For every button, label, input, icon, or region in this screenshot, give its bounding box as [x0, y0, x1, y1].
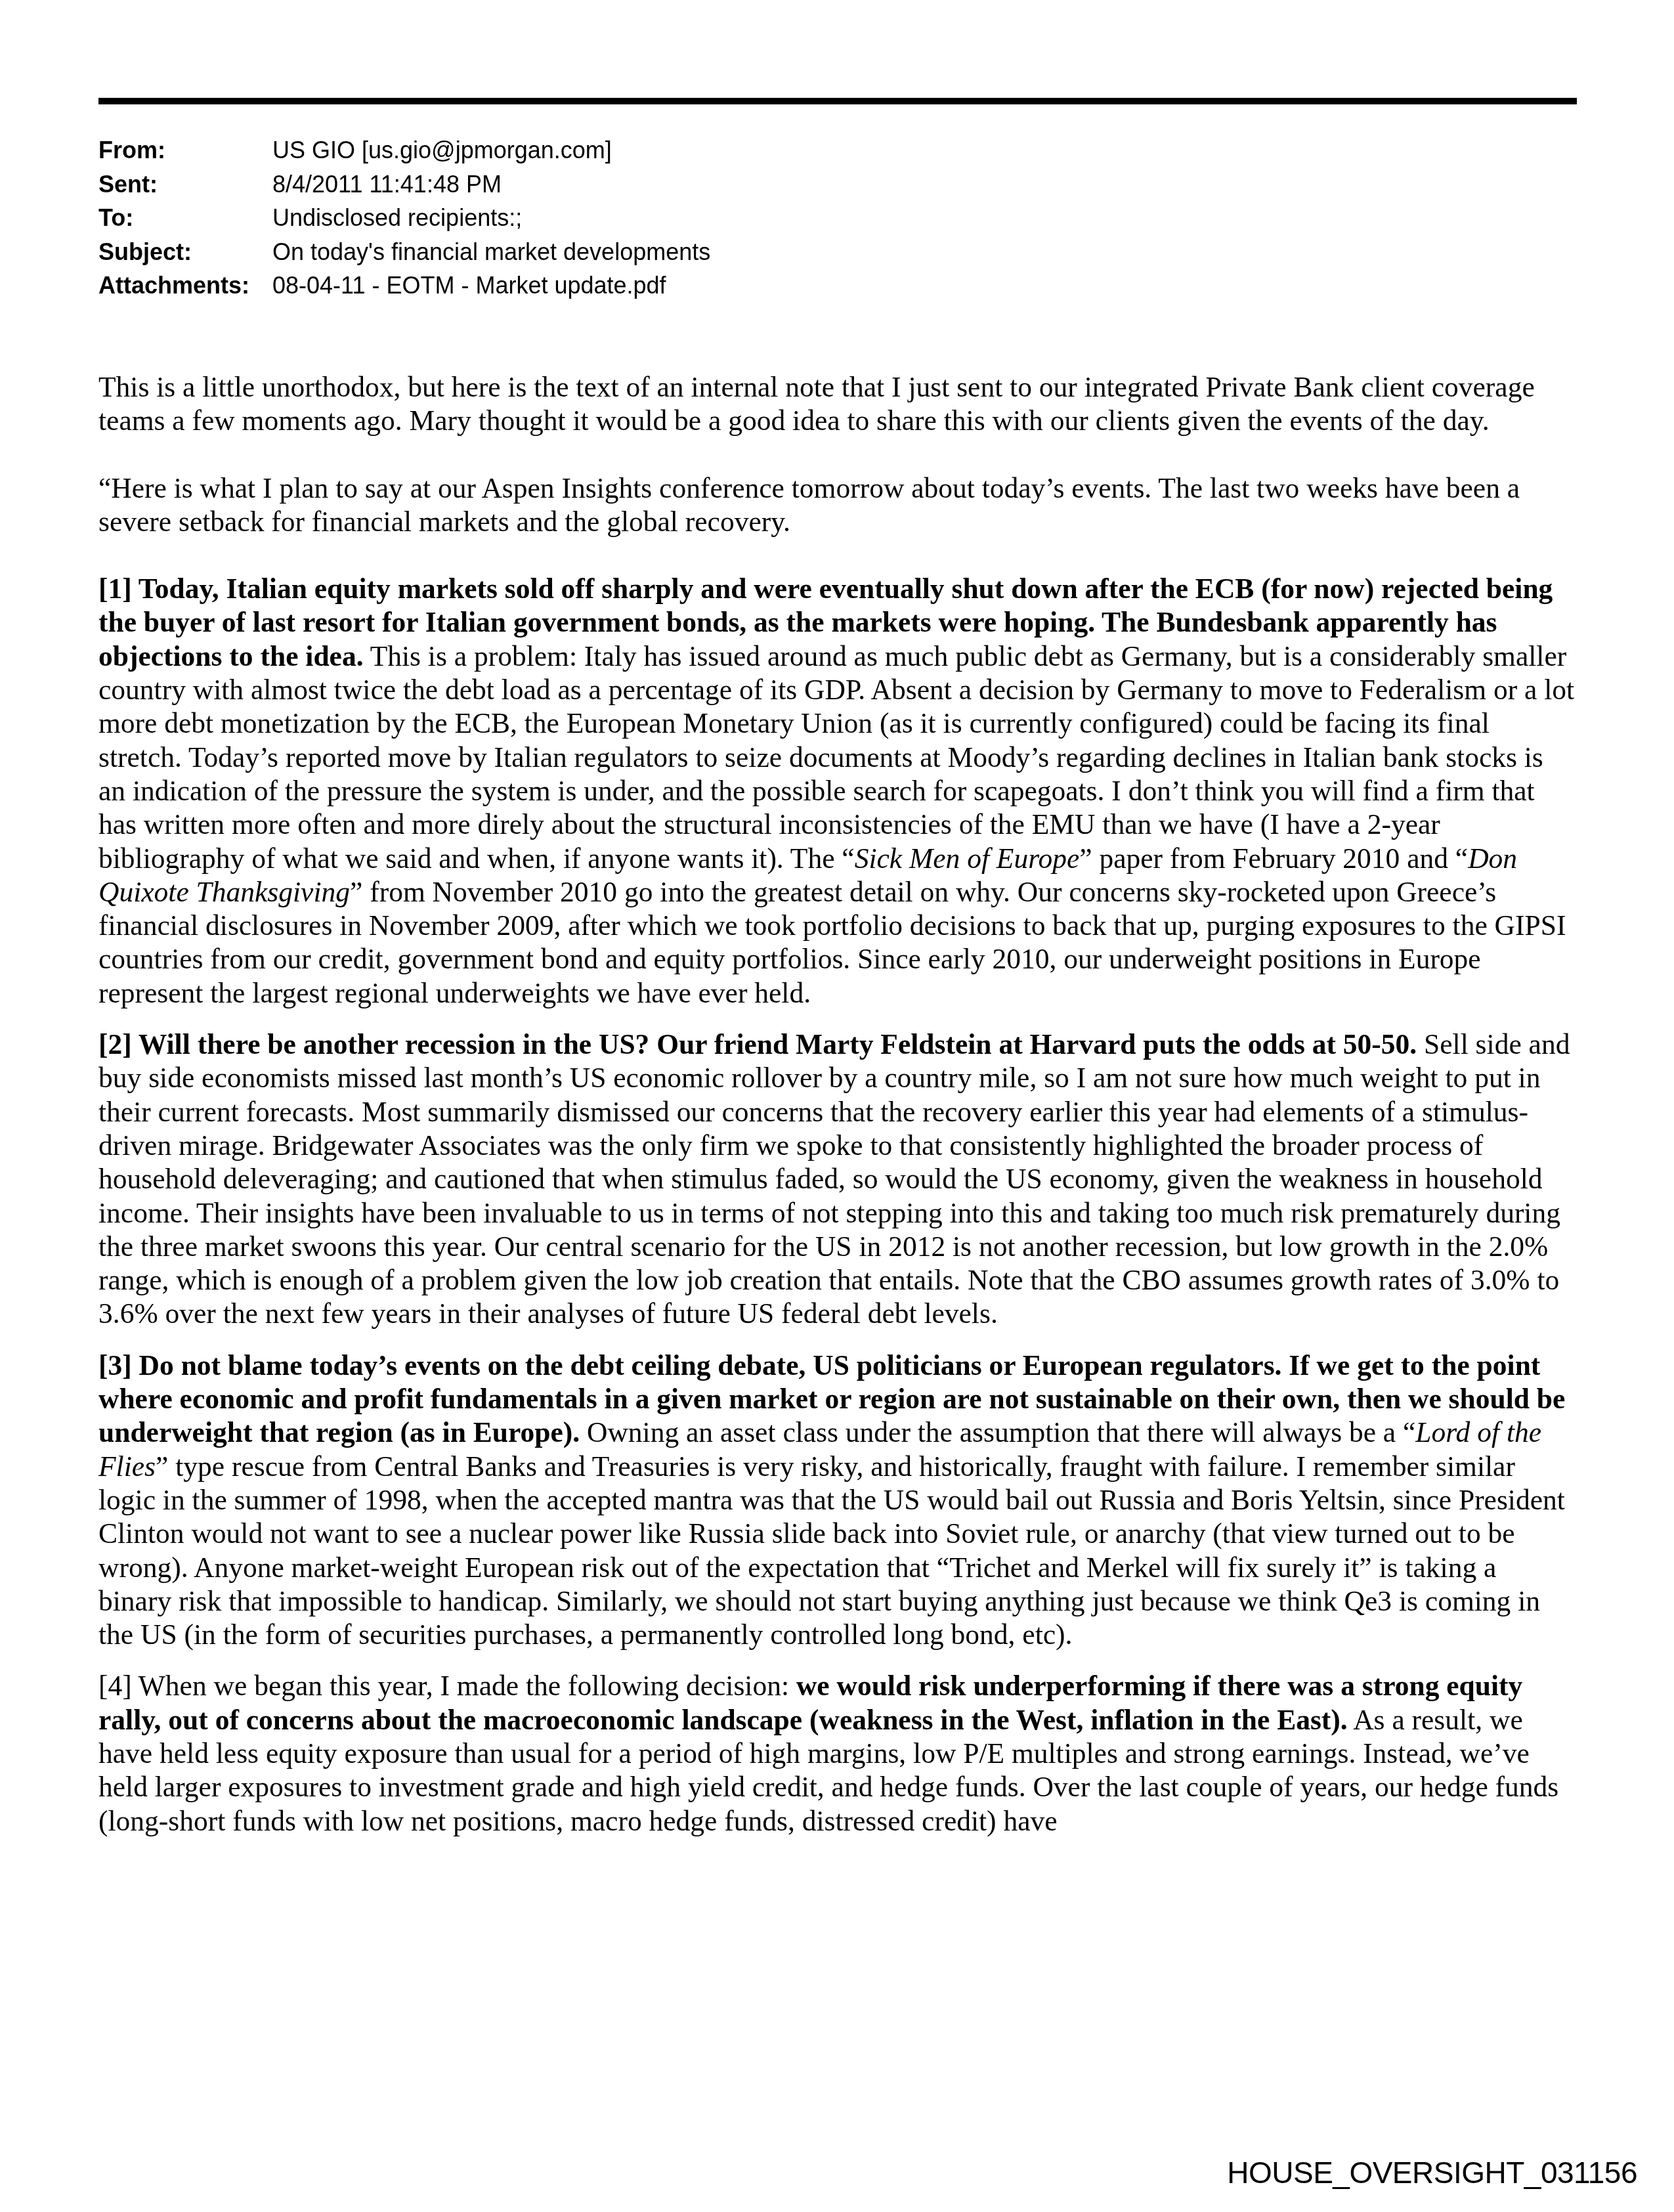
attachments-label: Attachments:	[98, 269, 272, 303]
email-header: From: US GIO [us.gio@jpmorgan.com] Sent:…	[98, 133, 710, 303]
point-1-title-sick-men: Sick Men of Europe	[855, 843, 1080, 875]
bates-number: HOUSE_OVERSIGHT_031156	[1227, 2155, 1637, 2190]
subject-label: Subject:	[98, 235, 272, 269]
quote-open-paragraph: “Here is what I plan to say at our Aspen…	[98, 472, 1576, 540]
point-1-paragraph: [1] Today, Italian equity markets sold o…	[98, 573, 1576, 1010]
point-1-text-b: ” paper from February 2010 and “	[1079, 843, 1468, 875]
point-2-bold: [2] Will there be another recession in t…	[98, 1029, 1417, 1060]
to-value: Undisclosed recipients:;	[272, 201, 522, 235]
intro-paragraph: This is a little unorthodox, but here is…	[98, 371, 1576, 439]
point-2-paragraph: [2] Will there be another recession in t…	[98, 1028, 1576, 1332]
point-1-text: This is a problem: Italy has issued arou…	[98, 641, 1574, 875]
to-label: To:	[98, 201, 272, 235]
email-body: This is a little unorthodox, but here is…	[98, 371, 1576, 1856]
sent-value: 8/4/2011 11:41:48 PM	[272, 167, 502, 202]
sent-row: Sent: 8/4/2011 11:41:48 PM	[98, 167, 710, 202]
attachments-row: Attachments: 08-04-11 - EOTM - Market up…	[98, 269, 710, 303]
to-row: To: Undisclosed recipients:;	[98, 201, 710, 235]
from-value: US GIO [us.gio@jpmorgan.com]	[272, 133, 612, 167]
header-divider-rule	[98, 98, 1577, 104]
attachment-file: 08-04-11 - EOTM - Market update.pdf	[272, 269, 666, 303]
from-label: From:	[98, 133, 272, 167]
subject-row: Subject: On today's financial market dev…	[98, 235, 710, 269]
point-3-text: Owning an asset class under the assumpti…	[580, 1417, 1415, 1448]
point-4-text: [4] When we began this year, I made the …	[98, 1670, 796, 1702]
subject-value: On today's financial market developments	[272, 235, 710, 269]
point-3-text-b: ” type rescue from Central Banks and Tre…	[98, 1451, 1565, 1651]
sent-label: Sent:	[98, 167, 272, 202]
from-row: From: US GIO [us.gio@jpmorgan.com]	[98, 133, 710, 167]
point-4-paragraph: [4] When we began this year, I made the …	[98, 1670, 1576, 1838]
point-3-paragraph: [3] Do not blame today’s events on the d…	[98, 1349, 1576, 1653]
point-2-text: Sell side and buy side economists missed…	[98, 1029, 1570, 1330]
